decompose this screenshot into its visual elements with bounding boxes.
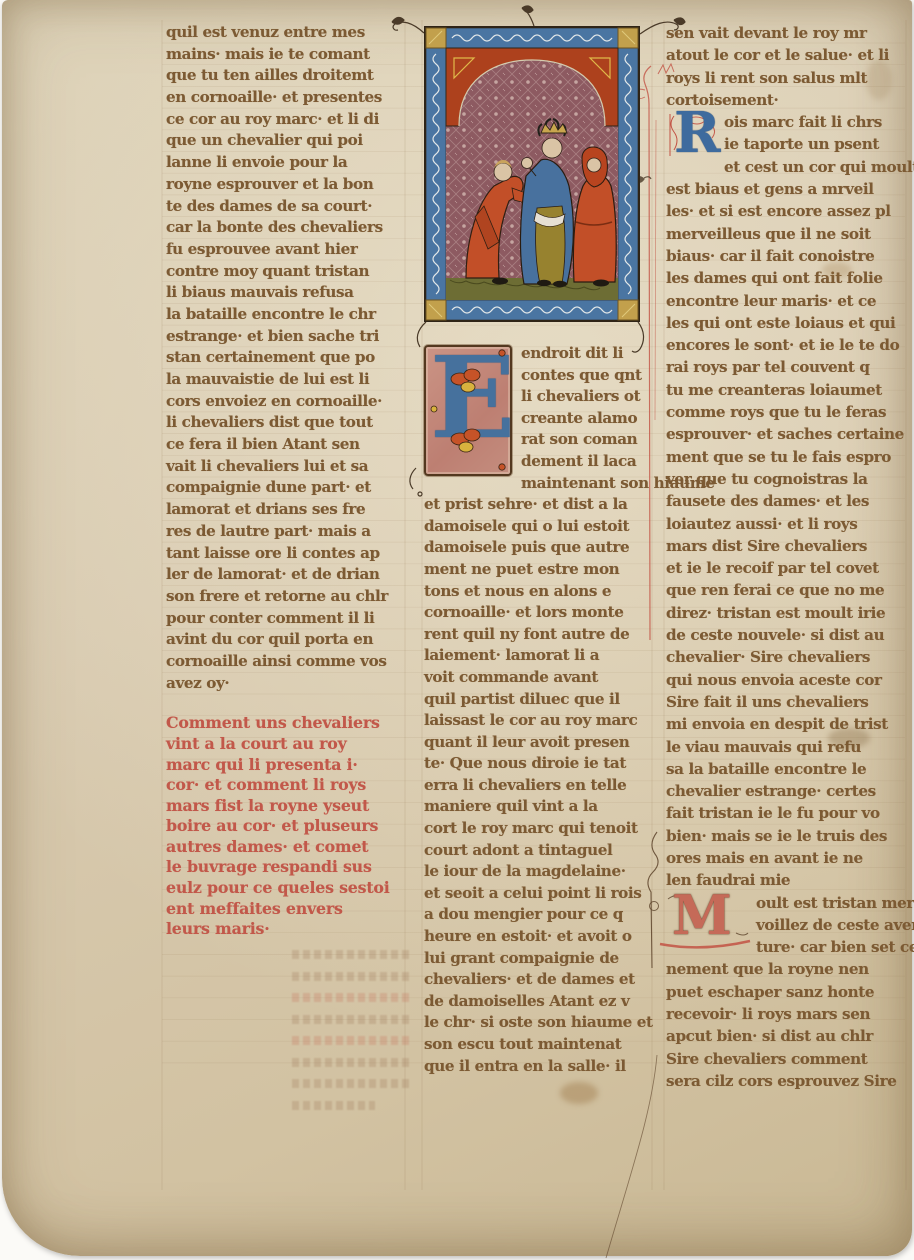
manuscript-text-line: avez oy· (166, 673, 406, 695)
crown (541, 122, 567, 133)
parchment-stain (828, 728, 870, 748)
manuscript-text-line: fu esprouvee avant hier (166, 239, 406, 261)
manuscript-text-line: Sire fait il uns chevaliers (666, 691, 910, 713)
right-column-para2: ois marc fait li chrsie taporte un psent… (666, 111, 910, 891)
miniature-painting (424, 26, 640, 322)
manuscript-text-line: merveilleus que il ne soit (666, 223, 910, 245)
manuscript-text-line: autres dames· et comet (166, 837, 406, 858)
manuscript-text-line: et ie le recoif par tel covet (666, 557, 910, 579)
manuscript-text-line: boire au cor· et pluseurs (166, 816, 406, 837)
manuscript-text-line: son frere et retorne au chlr (166, 586, 406, 608)
manuscript-text-line: est biaus et gens a mrveil (666, 178, 910, 200)
manuscript-text-line: encontre leur maris· et ce (666, 290, 910, 312)
manuscript-text-line: car la bonte des chevaliers (166, 217, 406, 239)
manuscript-text-line: cort le roy marc qui tenoit (424, 818, 656, 840)
manuscript-page: quil est venuz entre mesmains· mais ie t… (0, 0, 914, 1260)
manuscript-text-line: recevoir· li roys mars sen (666, 1003, 910, 1025)
manuscript-text-line: rai roys par tel couvent q (666, 356, 910, 378)
manuscript-text-line: res de lautre part· mais a (166, 521, 406, 543)
initial-e-flower-ornaments (426, 347, 510, 474)
manuscript-text-line: marc qui li presenta i· (166, 755, 406, 776)
verso-show-through-text (292, 950, 410, 1122)
manuscript-text-line: son escu tout maintenat (424, 1034, 656, 1056)
manuscript-text-line: lui grant compaignie de (424, 948, 656, 970)
manuscript-text-line: laiement· lamorat li a (424, 645, 656, 667)
manuscript-text-line: apcut bien· si dist au chlr (666, 1025, 910, 1047)
manuscript-text-line: que il entra en la salle· il (424, 1056, 656, 1078)
manuscript-text-line: chevaliers· et de dames et (424, 969, 656, 991)
manuscript-text-line: tant laisse ore li contes ap (166, 543, 406, 565)
manuscript-text-line: que un chevalier qui poi (166, 130, 406, 152)
manuscript-text-line: damoisele qui o lui estoit (424, 516, 656, 538)
parchment-stain (822, 262, 852, 278)
manuscript-text-line: mars dist Sire chevaliers (666, 535, 910, 557)
manuscript-text-line: que tu ten ailles droitemt (166, 65, 406, 87)
manuscript-text-line: quil partist diluec que il (424, 689, 656, 711)
manuscript-text-line: tu me creanteras loiaumet (666, 379, 910, 401)
parchment-stain (560, 1082, 598, 1104)
manuscript-text-line: et seoit a celui point li rois (424, 883, 656, 905)
manuscript-text-line: Comment uns chevaliers (166, 713, 406, 734)
manuscript-text-line: chevalier· Sire chevaliers (666, 646, 910, 668)
manuscript-text-line: esprouver· et saches certaine (666, 423, 910, 445)
manuscript-text-line: loiautez aussi· et li roys (666, 513, 910, 535)
manuscript-text-line: le viau mauvais qui refu (666, 736, 910, 758)
king-head (542, 138, 562, 158)
manuscript-text-line: encores le sont· et ie le te do (666, 334, 910, 356)
manuscript-text-line: lamorat et drians ses fre (166, 499, 406, 521)
manuscript-text-line: chevalier estrange· certes (666, 780, 910, 802)
manuscript-text-line: de damoiselles Atant ez v (424, 991, 656, 1013)
manuscript-text-line: sen vait devant le roy mr (666, 22, 910, 44)
manuscript-text-line: ment ne puet estre mon (424, 559, 656, 581)
manuscript-text-line: ver que tu cognoistras la (666, 468, 910, 490)
manuscript-text-line: damoisele puis que autre (424, 537, 656, 559)
manuscript-text-line: mains· mais ie te comant (166, 44, 406, 66)
manuscript-text-line: pour conter comment il li (166, 608, 406, 630)
manuscript-text-line: en cornoaille· et presentes (166, 87, 406, 109)
manuscript-text-line: vint a la court au roy (166, 734, 406, 755)
initial-letter-m: M (672, 883, 732, 947)
miniature-scene (446, 48, 618, 300)
manuscript-text-line: le iour de la magdelaine· (424, 861, 656, 883)
manuscript-text-line: et prist sehre· et dist a la (424, 494, 656, 516)
manuscript-text-line: le chr· si oste son hiaume et (424, 1012, 656, 1034)
manuscript-text-line: sera cilz cors esprouvez Sire (666, 1070, 910, 1092)
manuscript-text-line: ce cor au roy marc· et li di (166, 109, 406, 131)
manuscript-text-line: avint du cor quil porta en (166, 629, 406, 651)
manuscript-text-line: le buvrage respandi sus (166, 857, 406, 878)
manuscript-text-line: qui nous envoia aceste cor (666, 669, 910, 691)
manuscript-text-line: laissast le cor au roy marc (424, 710, 656, 732)
text-column-right: sen vait devant le roy mratout le cor et… (666, 22, 910, 1092)
manuscript-text-line: compaignie dune part· et (166, 477, 406, 499)
king-raised-hand (522, 158, 533, 169)
text-column-middle: E endroit dit licontes que qntli chevali… (424, 343, 656, 1077)
manuscript-text-line: leurs maris· (166, 919, 406, 940)
manuscript-text-line: voit commande avant (424, 667, 656, 689)
manuscript-text-line: la mauvaistie de lui est li (166, 369, 406, 391)
manuscript-text-line: comme roys que tu le feras (666, 401, 910, 423)
parchment-stain (866, 60, 892, 100)
manuscript-text-line: cors envoiez en cornoaille· (166, 391, 406, 413)
manuscript-text-line: quant il leur avoit presen (424, 732, 656, 754)
manuscript-text-line: ler de lamorat· et de drian (166, 564, 406, 586)
knight-head (494, 163, 512, 181)
manuscript-text-line: les dames qui ont fait folie (666, 267, 910, 289)
text-column-left: quil est venuz entre mesmains· mais ie t… (166, 22, 406, 940)
manuscript-text-line: ores mais en avant ie ne (666, 847, 910, 869)
manuscript-text-line: tons et nous en alons e (424, 581, 656, 603)
manuscript-text-line: ent meffaites envers (166, 899, 406, 920)
manuscript-text-line: rent quil ny font autre de (424, 624, 656, 646)
manuscript-text-line: sa la bataille encontre le (666, 758, 910, 780)
manuscript-text-line: les· et si est encore assez pl (666, 200, 910, 222)
manuscript-text-line: cornoaille· et lors monte (424, 602, 656, 624)
manuscript-text-line: mars fist la royne yseut (166, 796, 406, 817)
manuscript-text-line: cornoaille ainsi comme vos (166, 651, 406, 673)
manuscript-text-line: que ren ferai ce que no me (666, 579, 910, 601)
manuscript-text-line: ce fera il bien Atant sen (166, 434, 406, 456)
manuscript-text-line: eulz pour ce queles sestoi (166, 878, 406, 899)
manuscript-text-line: Sire chevaliers comment (666, 1048, 910, 1070)
manuscript-text-line: nement que la royne nen (666, 958, 910, 980)
manuscript-text-line: te des dames de sa court· (166, 196, 406, 218)
manuscript-text-line: direz· tristan est moult irie (666, 602, 910, 624)
manuscript-text-line: bien· mais se ie le truis des (666, 825, 910, 847)
manuscript-text-line: biaus· car il fait conoistre (666, 245, 910, 267)
manuscript-text-line: contre moy quant tristan (166, 261, 406, 283)
manuscript-text-line: erra li chevaliers en telle (424, 775, 656, 797)
manuscript-text-line: lanne li envoie pour la (166, 152, 406, 174)
pen-flourished-initial-r: R (666, 112, 718, 156)
red-initial-m: M (666, 893, 750, 939)
manuscript-text-line: estrange· et bien sache tri (166, 326, 406, 348)
rubric-paragraph: Comment uns chevaliersvint a la court au… (166, 713, 406, 940)
manuscript-text-line: mi envoia en despit de trist (666, 713, 910, 735)
manuscript-text-line: li chevaliers dist que tout (166, 412, 406, 434)
manuscript-text-line: court adont a tintaguel (424, 840, 656, 862)
manuscript-text-line: quil est venuz entre mes (166, 22, 406, 44)
manuscript-text-line: cor· et comment li roys (166, 775, 406, 796)
manuscript-text-line: maniere quil vint a la (424, 796, 656, 818)
initial-letter-r: R (674, 100, 721, 166)
manuscript-text-line: les qui ont este loiaus et qui (666, 312, 910, 334)
manuscript-text-line: stan certainement que po (166, 347, 406, 369)
manuscript-text-line: de ceste nouvele· si dist au (666, 624, 910, 646)
illuminated-initial-e: E (424, 345, 512, 476)
manuscript-text-line: ment que se tu le fais espro (666, 446, 910, 468)
manuscript-text-line: te· Que nous diroie ie tat (424, 753, 656, 775)
manuscript-text-line: vait li chevaliers lui et sa (166, 456, 406, 478)
manuscript-text-line: fausete des dames· et les (666, 490, 910, 512)
manuscript-text-line: a dou mengier pour ce q (424, 904, 656, 926)
manuscript-text-line: fait tristan ie le fu pour vo (666, 802, 910, 824)
manuscript-text-line: royne esprouver et la bon (166, 174, 406, 196)
manuscript-text-line: li biaus mauvais refusa (166, 282, 406, 304)
manuscript-text-line: la bataille encontre le chr (166, 304, 406, 326)
left-column-main-text: quil est venuz entre mesmains· mais ie t… (166, 22, 406, 694)
attendant-head (587, 158, 601, 172)
manuscript-text-line: puet eschaper sanz honte (666, 981, 910, 1003)
manuscript-text-line: heure en estoit· et avoit o (424, 926, 656, 948)
